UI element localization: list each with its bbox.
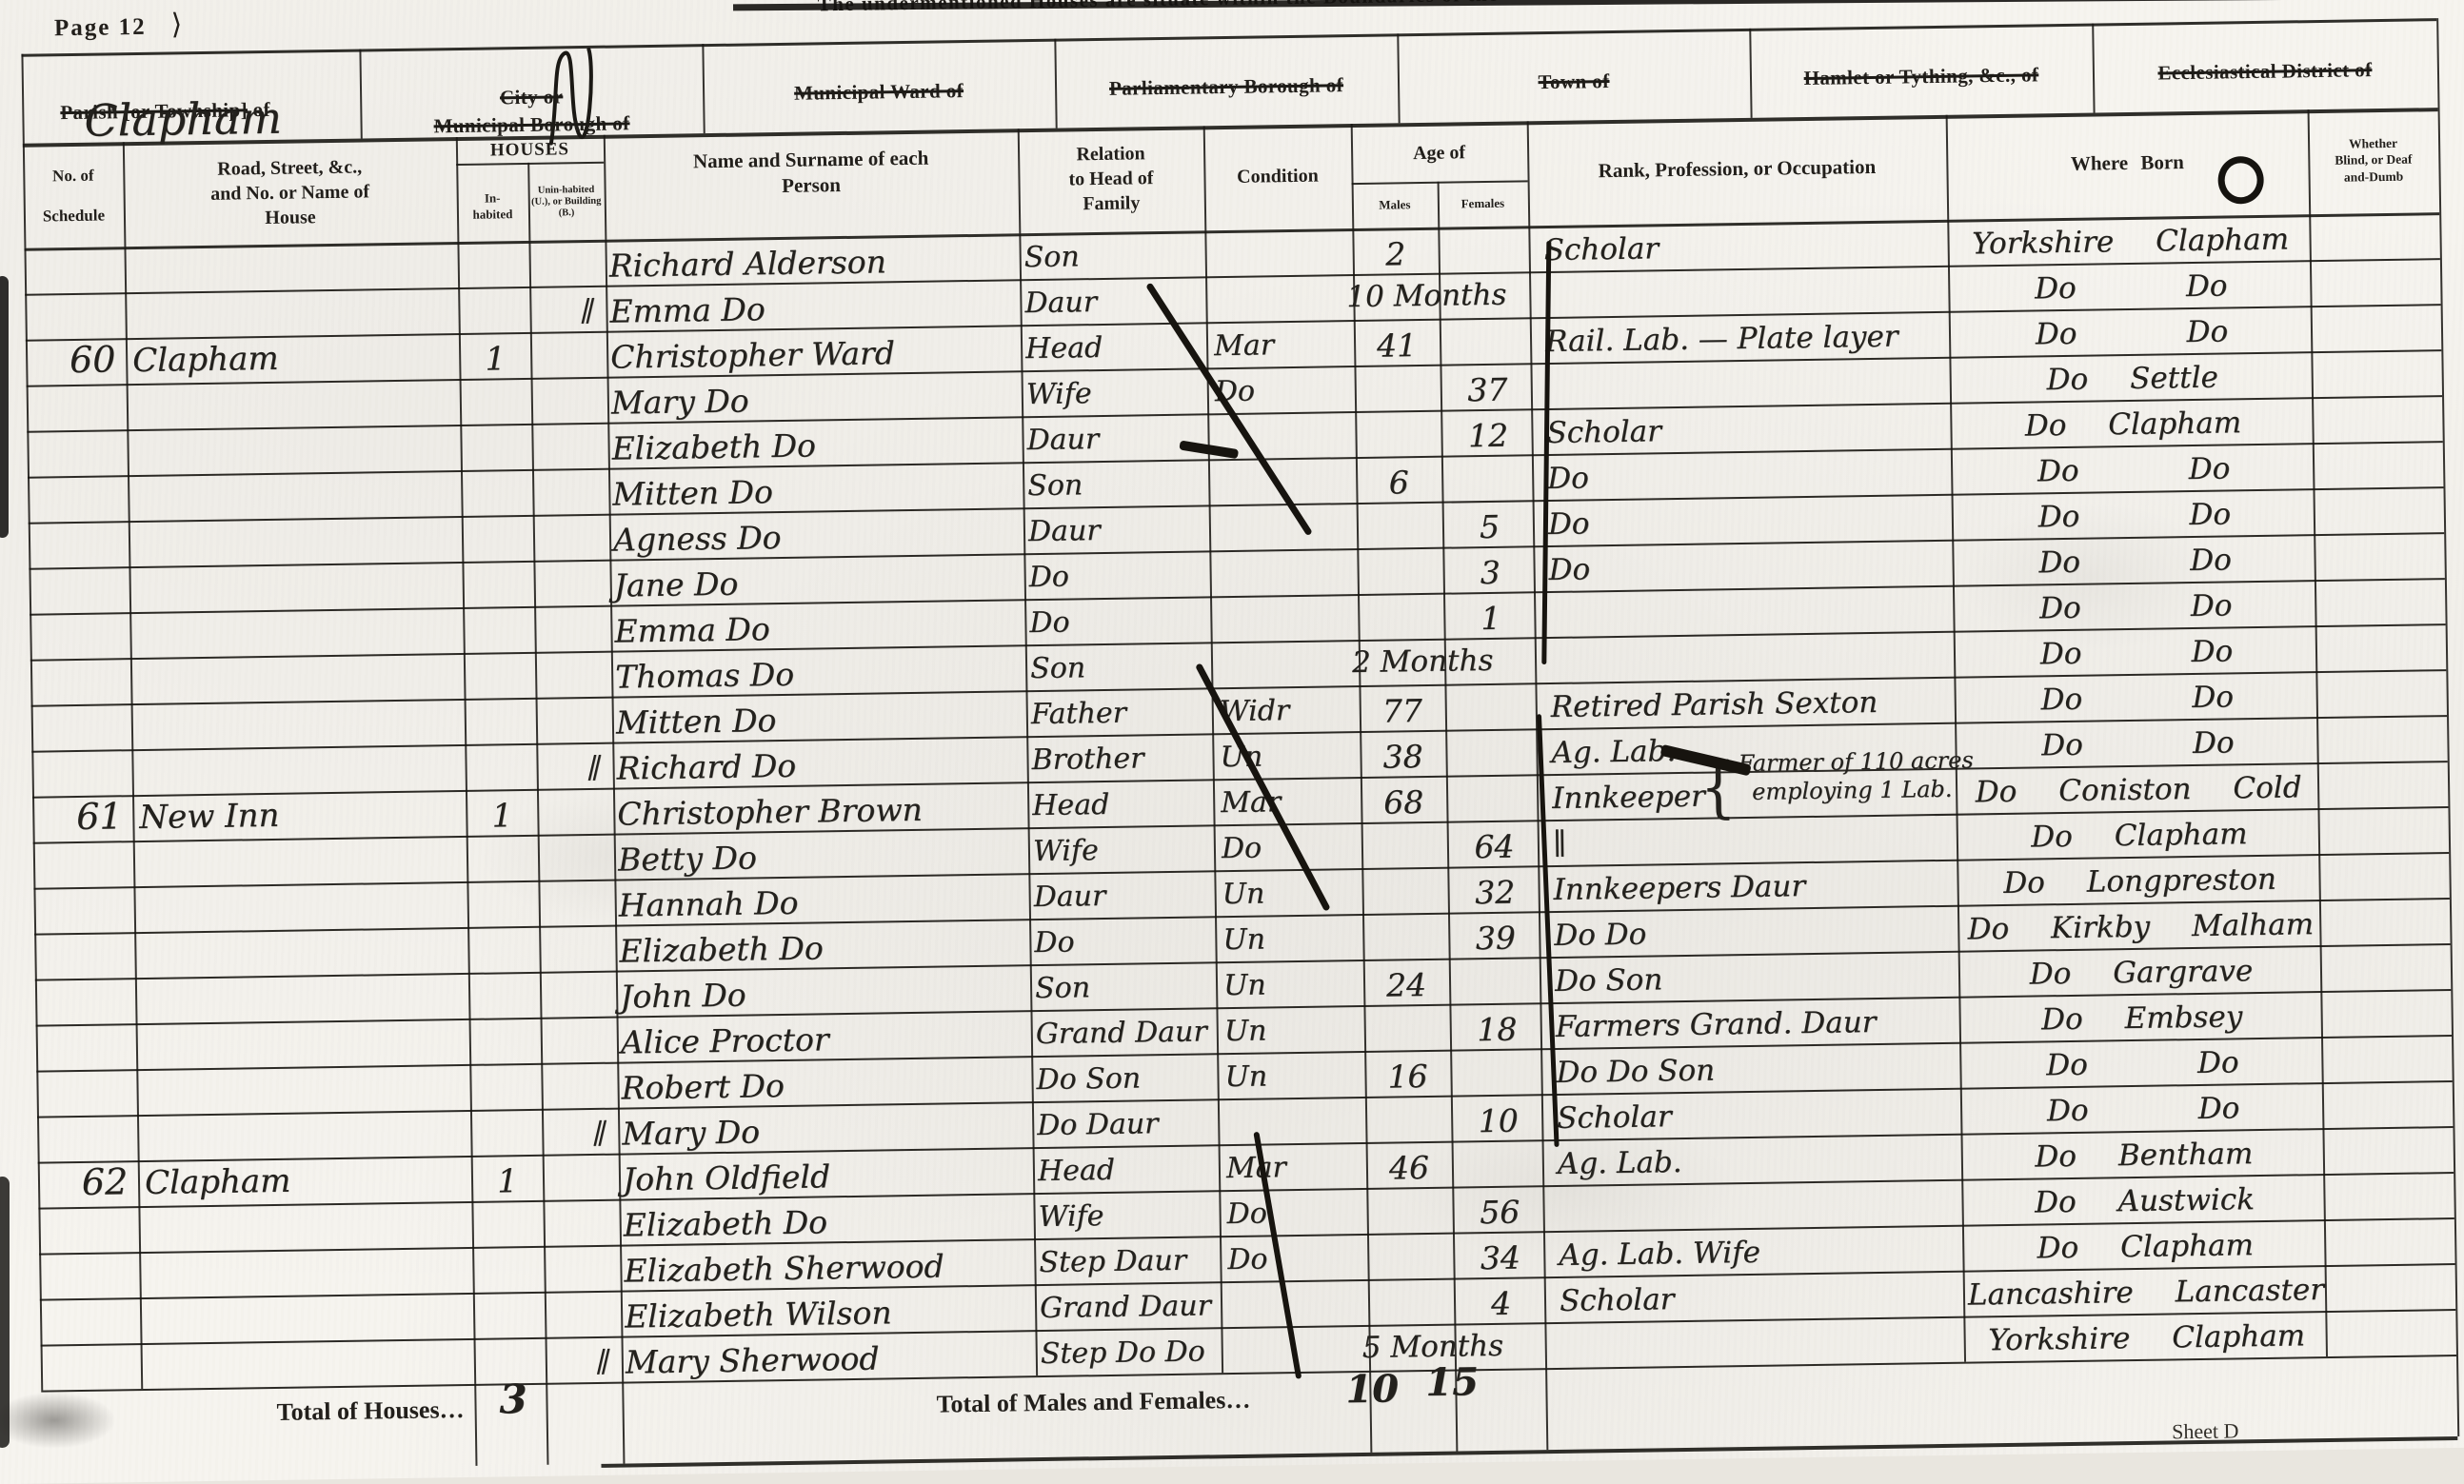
cell-relation: Son <box>1027 466 1210 503</box>
cell-house-name <box>146 1251 469 1256</box>
cell-age-female <box>1440 233 1530 234</box>
cell-condition: Mar <box>1221 784 1364 820</box>
cell-houses-inhabited <box>467 934 540 935</box>
col-header-blind-deaf: Whether Blind, or Deaf and-Dumb <box>2308 111 2439 208</box>
cell-condition <box>1213 282 1356 284</box>
cell-occupation: Do <box>1548 502 1961 542</box>
cell-house-name <box>145 1205 468 1210</box>
cell-house-name <box>142 977 466 981</box>
cell-houses-inhabited <box>471 1208 544 1209</box>
cell-where-born: Do Clapham <box>1958 816 2320 856</box>
cell-house-name <box>133 428 457 433</box>
total-males-value: 10 <box>1345 1366 1399 1412</box>
cell-age-male: 6 <box>1356 464 1442 502</box>
col-header-houses: HOUSES <box>456 137 604 164</box>
cell-person-name: Jane Do <box>613 561 1023 603</box>
cell-relation: Head <box>1038 1152 1221 1188</box>
cell-person-name: Betty Do <box>618 835 1028 878</box>
cell-condition <box>1228 1287 1371 1289</box>
household-tick-mark: ∥ <box>585 752 619 785</box>
cell-age-male <box>1362 920 1448 921</box>
cell-relation: Grand Daur <box>1040 1289 1222 1325</box>
cell-age-male: 16 <box>1364 1058 1451 1096</box>
cell-age-male <box>1365 1103 1451 1104</box>
cell-occupation <box>1558 1187 1971 1193</box>
cell-age-male <box>1355 418 1441 419</box>
col-header-road: Road, Street, &c., and No. or Name of Ho… <box>123 141 458 245</box>
cell-age-male: 77 <box>1360 692 1446 730</box>
field-city-borough: City or Municipal Borough of <box>359 44 703 138</box>
cell-age-male <box>1361 875 1447 876</box>
cell-relation: Wife <box>1026 375 1209 411</box>
cell-occupation: Do Son <box>1555 959 1968 999</box>
cell-age-male <box>1368 1286 1454 1287</box>
cell-house-name: New Inn <box>139 794 464 837</box>
field-ecclesiastical-district: Ecclesiastical District of <box>2092 18 2437 112</box>
cell-relation: Brother <box>1031 741 1214 777</box>
col-header-age: Age of <box>1351 127 1528 179</box>
cell-where-born: Do Clapham <box>1964 1227 2326 1267</box>
cell-relation: Do <box>1034 923 1217 960</box>
parliamentary-borough-label: Parliamentary Borough of <box>1109 74 1343 101</box>
cell-where-born: Do Do <box>1955 587 2316 627</box>
cell-house-name <box>137 657 461 662</box>
cell-age-female <box>1447 736 1538 737</box>
cell-person-name: Emma Do <box>609 287 1020 329</box>
cell-houses-inhabited <box>467 842 539 843</box>
field-municipal-ward: Municipal Ward of <box>702 39 1055 133</box>
cell-relation: Father <box>1031 695 1214 731</box>
cell-relation: Head <box>1032 786 1215 822</box>
hamlet-label: Hamlet or Tything, &c., of <box>1804 64 2039 90</box>
cell-condition: Do <box>1226 1196 1370 1231</box>
cell-age-male <box>1367 1240 1453 1241</box>
col-header-schedule: No. of Schedule <box>23 146 125 247</box>
cell-house-name <box>136 611 460 616</box>
cell-house-name <box>131 291 455 296</box>
cell-person-name: Mary Do <box>611 378 1022 421</box>
cell-where-born: Do Kirkby Malham <box>1959 907 2321 947</box>
cell-condition <box>1217 556 1360 558</box>
cell-occupation: Ag. Lab. <box>1558 1141 1971 1181</box>
cell-relation: Wife <box>1038 1197 1221 1234</box>
cell-houses-inhabited: 1 <box>471 1162 545 1201</box>
cell-age-male: 68 <box>1361 783 1447 821</box>
cell-houses-inhabited <box>463 568 535 569</box>
cell-age-female: 34 <box>1455 1238 1546 1276</box>
cell-age-female: 37 <box>1442 370 1534 408</box>
cell-relation: Daur <box>1024 284 1207 320</box>
cell-houses-inhabited <box>468 979 541 980</box>
scan-edge-mark <box>0 276 9 538</box>
cell-where-born: Do Settle <box>1951 359 2313 399</box>
cell-houses-inhabited <box>460 386 532 386</box>
cell-person-name: Mary Sherwood <box>626 1337 1036 1380</box>
cell-houses-inhabited: 1 <box>459 340 532 379</box>
cell-occupation: Scholar <box>1543 228 1957 267</box>
cell-age-female: 56 <box>1454 1193 1545 1231</box>
cell-houses-inhabited <box>472 1254 545 1255</box>
col-header-females: Females <box>1438 184 1529 223</box>
household-tick-mark: ∥ <box>593 1345 627 1378</box>
cell-person-name: Emma Do <box>614 606 1024 649</box>
cell-where-born: Do Do <box>1954 496 2315 536</box>
cell-relation: Do <box>1028 558 1211 594</box>
cell-occupation: Scholar <box>1546 410 1959 450</box>
cell-person-name: Mitten Do <box>612 469 1023 512</box>
cell-where-born: Do Austwick <box>1963 1181 2325 1221</box>
cell-person-name: Christopher Brown <box>617 789 1027 832</box>
household-tick-mark: ∥ <box>589 1118 624 1151</box>
field-town: Town of <box>1397 29 1750 123</box>
col-header-name: Name and Surname of each Person <box>604 136 1019 208</box>
cell-person-name: Elizabeth Sherwood <box>624 1246 1034 1289</box>
total-males-females-label: Total of Males and Females… <box>936 1386 1250 1419</box>
city-borough-label: City or Municipal Borough of <box>433 86 629 137</box>
cell-person-name: Christopher Ward <box>610 332 1021 375</box>
col-header-relation: Relation to Head of Family <box>1018 129 1204 228</box>
cell-person-name: Thomas Do <box>615 652 1025 695</box>
ecclesiastical-label: Ecclesiastical District of <box>2157 59 2372 85</box>
cell-relation: Grand Daur <box>1036 1015 1219 1051</box>
cell-person-name: Richard Do <box>616 743 1026 786</box>
cell-houses-inhabited <box>467 888 539 889</box>
cell-occupation <box>1549 593 1962 599</box>
cell-occupation: Do Do Son <box>1556 1050 1969 1090</box>
cell-age-female: 18 <box>1452 1010 1543 1048</box>
cell-where-born: Do Do <box>1961 1044 2323 1084</box>
cell-relation: Do <box>1029 603 1212 640</box>
cell-where-born: Do Embsey <box>1960 999 2322 1039</box>
cell-occupation: Ag. Lab. Wife <box>1559 1233 1972 1273</box>
cell-condition: Un <box>1223 967 1367 1002</box>
cell-age-female: 1 <box>1445 599 1537 637</box>
cell-age-female: 12 <box>1442 416 1534 454</box>
scan-edge-mark <box>0 1392 116 1443</box>
cell-houses-inhabited <box>458 294 530 295</box>
cell-relation: Daur <box>1026 421 1209 457</box>
cell-schedule-number: 62 <box>53 1160 157 1204</box>
cell-where-born: Lancashire Lancaster <box>1965 1273 2327 1313</box>
cell-age-months: 2 Months <box>1352 641 1666 680</box>
cell-age-female: 39 <box>1450 919 1541 957</box>
cell-house-name <box>148 1342 471 1347</box>
cell-age-female: 4 <box>1456 1284 1547 1322</box>
cell-condition: Do <box>1215 373 1359 408</box>
cell-condition <box>1225 1104 1368 1106</box>
cell-where-born: Do Do <box>1950 267 2312 307</box>
cell-houses-inhabited <box>464 660 536 661</box>
cell-person-name: Elizabeth Do <box>611 424 1022 466</box>
cell-age-male <box>1361 829 1447 830</box>
cell-where-born: Do Do <box>1956 633 2317 673</box>
field-parliamentary-borough: Parliamentary Borough of <box>1054 33 1398 128</box>
cell-house-name <box>131 246 455 250</box>
cell-age-female <box>1447 690 1538 691</box>
cell-age-female <box>1441 325 1532 326</box>
sheet-footer-label: Sheet D <box>2172 1418 2239 1443</box>
cell-condition: Mar <box>1214 327 1358 363</box>
cell-occupation: Do <box>1547 456 1960 496</box>
cell-age-male: 24 <box>1363 966 1450 1004</box>
cell-where-born: Do Bentham <box>1963 1136 2325 1176</box>
town-label: Town of <box>1538 69 1609 93</box>
cell-house-name <box>135 565 459 570</box>
cell-age-female: 64 <box>1449 827 1540 865</box>
cell-condition: Un <box>1222 921 1366 957</box>
household-tick-mark: ∥ <box>578 295 612 328</box>
cell-houses-inhabited <box>465 751 537 752</box>
cell-age-male: 38 <box>1360 738 1446 776</box>
cell-where-born: Yorkshire Clapham <box>1949 222 2311 262</box>
cell-age-male <box>1366 1195 1452 1196</box>
cell-condition <box>1219 647 1361 649</box>
col-header-condition: Condition <box>1203 128 1352 225</box>
cell-condition <box>1229 1333 1372 1335</box>
cell-person-name: Hannah Do <box>618 881 1028 923</box>
cell-occupation: Retired Parish Sexton <box>1551 684 1964 724</box>
cell-condition: Un <box>1224 1059 1368 1094</box>
cell-occupation: Rail. Lab. — Plate layer <box>1545 319 1958 359</box>
cell-house-name <box>134 474 458 479</box>
cell-where-born: Do Do <box>1962 1090 2324 1130</box>
cell-house-name <box>133 383 457 387</box>
cell-relation: Daur <box>1028 512 1211 548</box>
cell-person-name: Robert Do <box>621 1063 1031 1106</box>
cell-houses-inhabited <box>474 1345 546 1346</box>
cell-age-female <box>1448 782 1539 782</box>
cell-relation: Wife <box>1033 832 1216 868</box>
col-header-males: Males <box>1352 186 1439 225</box>
col-header-occupation: Rank, Profession, or Occupation <box>1527 119 1947 221</box>
cell-where-born: Do Coniston Cold <box>1957 770 2319 810</box>
cell-condition: Widr <box>1220 693 1363 728</box>
cell-condition <box>1218 602 1361 603</box>
cell-occupation: Farmers Grand. Daur <box>1556 1004 1969 1044</box>
cell-person-name: Elizabeth Wilson <box>625 1292 1035 1335</box>
cell-condition <box>1216 465 1359 466</box>
cell-person-name: Richard Alderson <box>609 241 1020 284</box>
total-houses-value: 3 <box>499 1375 527 1422</box>
cell-person-name: John Do <box>620 972 1030 1015</box>
cell-house-name <box>147 1296 470 1301</box>
cell-occupation: ∥ <box>1553 821 1966 861</box>
cell-age-male <box>1357 509 1442 510</box>
page-number-label: Page 12 <box>54 14 147 41</box>
cell-person-name: Mary Do <box>622 1109 1032 1152</box>
cell-person-name: Elizabeth Do <box>623 1200 1033 1243</box>
cell-houses-inhabited <box>473 1299 546 1300</box>
cell-age-female <box>1452 1056 1542 1057</box>
cell-age-female <box>1451 964 1541 965</box>
parish-value-handwritten: Clapham <box>84 92 282 147</box>
occupation-note-line2: employing 1 Lab. <box>1752 776 1953 805</box>
cell-where-born: Do Do <box>1953 450 2315 490</box>
col-header-inhabited: In- habited <box>456 178 528 236</box>
cell-relation: Step Daur <box>1039 1243 1222 1279</box>
cell-houses-inhabited <box>469 1071 542 1072</box>
cell-houses-inhabited <box>461 477 533 478</box>
cell-person-name: Elizabeth Do <box>619 926 1029 969</box>
cell-house-name <box>140 840 464 844</box>
cell-occupation: Do Do <box>1554 913 1967 953</box>
cell-age-months: 10 Months <box>1346 275 1660 314</box>
cell-houses-inhabited <box>465 705 537 706</box>
total-females-value: 15 <box>1425 1359 1479 1405</box>
cell-condition <box>1217 510 1360 512</box>
cell-house-name <box>143 1068 467 1073</box>
cell-house-name: Clapham <box>145 1159 469 1202</box>
cell-age-female: 10 <box>1453 1101 1544 1139</box>
cell-occupation: Scholar <box>1560 1278 1973 1318</box>
cell-relation: Son <box>1030 649 1213 685</box>
cell-age-female: 3 <box>1444 553 1536 591</box>
cell-house-name <box>138 702 462 707</box>
cell-house-name <box>144 1114 467 1118</box>
cell-houses-inhabited <box>469 1025 542 1026</box>
cell-occupation <box>1546 365 1959 370</box>
cell-house-name <box>135 520 459 524</box>
cell-condition: Un <box>1222 876 1365 911</box>
cell-house-name <box>143 1022 467 1027</box>
field-hamlet-tything: Hamlet or Tything, &c., of <box>1749 24 2093 118</box>
cell-relation: Step Do Do <box>1041 1335 1223 1371</box>
cell-age-female: 32 <box>1449 873 1540 911</box>
cell-age-male <box>1355 372 1441 373</box>
cell-person-name: Alice Proctor <box>621 1018 1031 1060</box>
cell-relation: Son <box>1035 969 1218 1005</box>
cell-schedule-number <box>39 247 142 248</box>
cell-houses-inhabited <box>463 614 535 615</box>
cell-age-male: 2 <box>1352 235 1439 273</box>
cell-age-male: 41 <box>1354 326 1441 365</box>
bracket-mark: ⟩ <box>170 9 184 40</box>
cell-condition: Mar <box>1226 1150 1370 1185</box>
cell-age-female <box>1443 462 1534 463</box>
cell-houses-inhabited <box>460 431 532 432</box>
cell-person-name: John Oldfield <box>623 1155 1033 1197</box>
cell-age-male: 46 <box>1366 1149 1453 1187</box>
cell-relation: Do Son <box>1036 1060 1219 1097</box>
cell-schedule-number: 60 <box>41 338 145 382</box>
total-houses-label: Total of Houses… <box>276 1395 464 1427</box>
cell-age-female <box>1454 1147 1544 1148</box>
cell-where-born: Do Do <box>1954 542 2315 582</box>
cell-person-name: Mitten Do <box>616 698 1026 741</box>
census-sheet-scan: The undermentioned Houses are situate wi… <box>0 0 2464 1443</box>
cell-schedule-number: 61 <box>48 795 151 839</box>
cell-age-female: 5 <box>1444 507 1536 545</box>
cell-where-born: Do Do <box>1957 724 2318 764</box>
cell-relation: Son <box>1023 238 1206 274</box>
cell-house-name <box>140 885 464 890</box>
cell-houses-inhabited <box>470 1117 543 1118</box>
cell-houses-inhabited <box>458 248 530 249</box>
cell-age-male <box>1358 601 1443 602</box>
page-number: Page 12⟩ <box>54 8 185 43</box>
cell-where-born: Do Clapham <box>1952 405 2314 445</box>
cell-relation: Do Daur <box>1037 1106 1220 1142</box>
cell-where-born: Yorkshire Clapham <box>1965 1318 2327 1358</box>
cell-age-male <box>1364 1012 1450 1013</box>
cell-age-male <box>1357 555 1442 556</box>
cell-houses-inhabited: 1 <box>466 797 539 836</box>
cell-condition <box>1212 236 1355 238</box>
municipal-ward-label: Municipal Ward of <box>794 79 964 105</box>
cell-person-name: Agness Do <box>613 515 1023 558</box>
cell-age-months: 5 Months <box>1361 1326 1676 1365</box>
cell-where-born: Do Longpreston <box>1958 861 2320 901</box>
cell-occupation: Innkeepers Daur <box>1553 867 1966 907</box>
occupation-note-line1: Farmer of 110 acres <box>1738 746 1973 777</box>
cell-occupation: Scholar <box>1557 1096 1970 1136</box>
cell-house-name: Clapham <box>132 337 457 380</box>
cell-relation: Daur <box>1033 878 1216 914</box>
cell-where-born: Do Do <box>1956 679 2317 719</box>
cell-house-name <box>141 931 465 936</box>
cell-house-name <box>138 748 462 753</box>
cell-condition: Do <box>1227 1241 1371 1276</box>
cell-condition: Un <box>1224 1013 1368 1048</box>
cell-where-born: Do Do <box>1951 313 2313 353</box>
cell-houses-inhabited <box>462 523 534 524</box>
col-header-uninhabited: Unin-habited (U.), or Building (B.) <box>529 166 603 239</box>
cell-where-born: Do Gargrave <box>1960 953 2322 993</box>
cell-occupation: Do <box>1548 547 1961 587</box>
